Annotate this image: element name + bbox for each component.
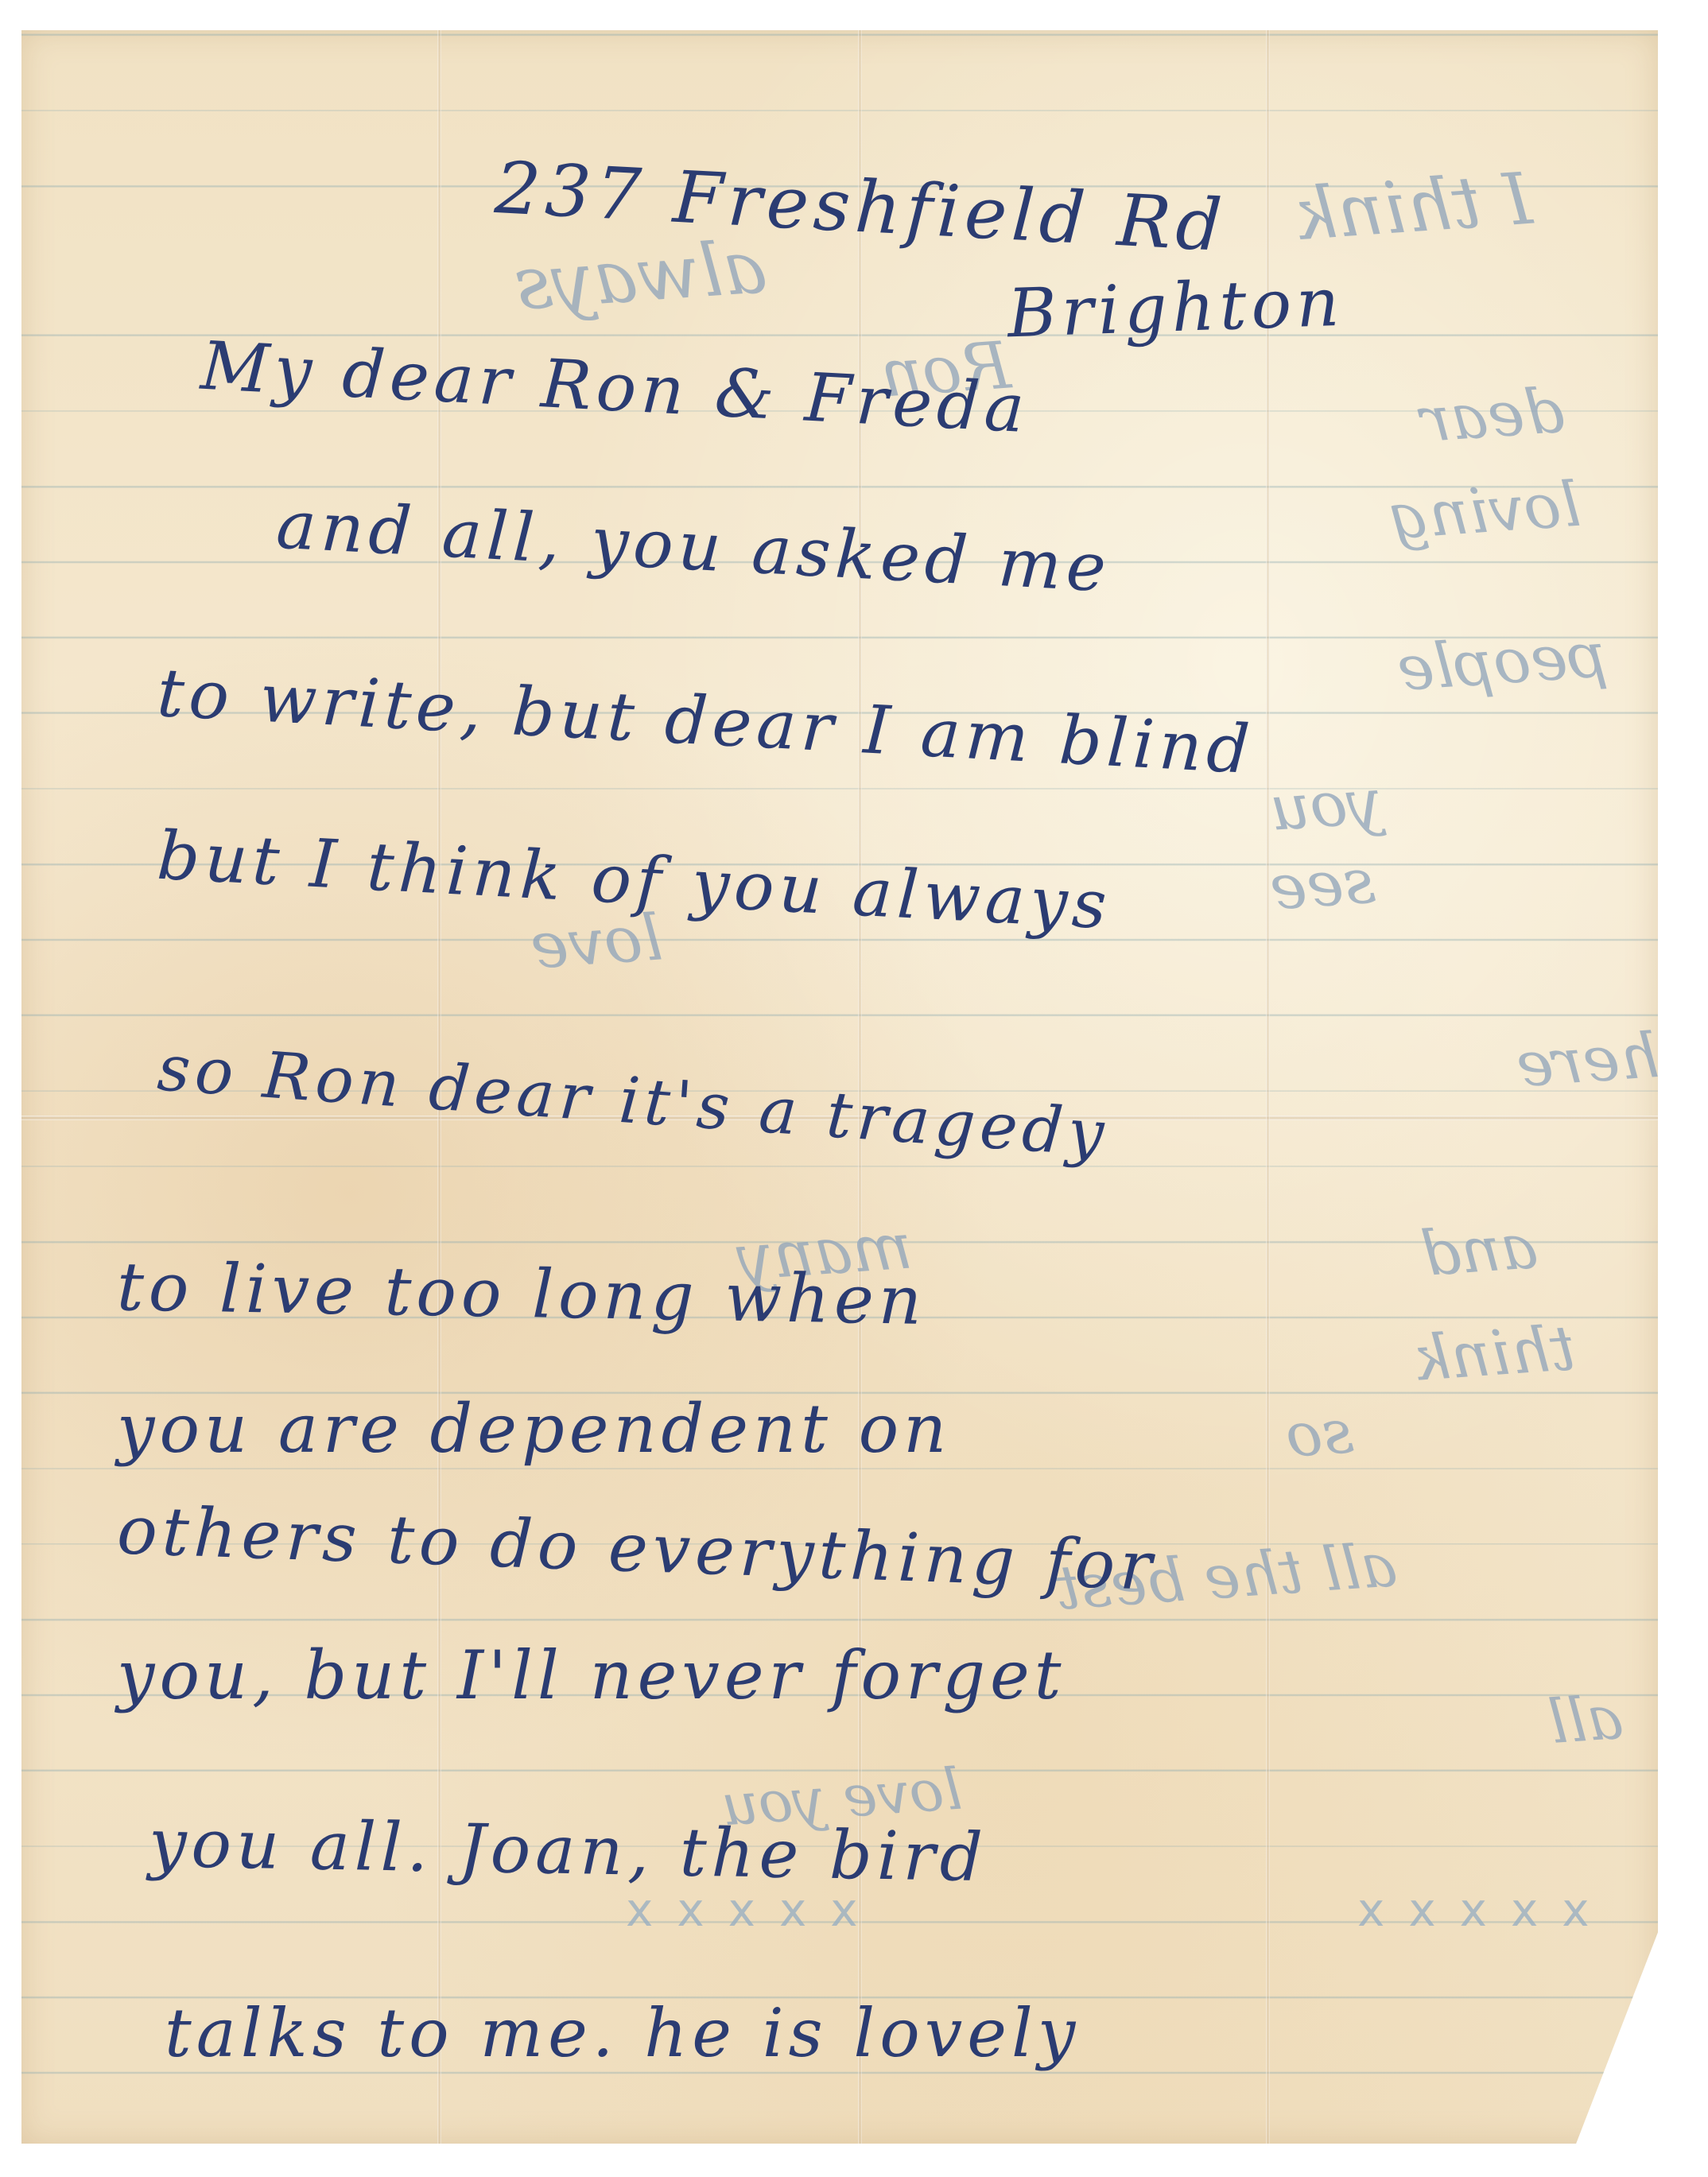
letter-line: you are dependent on [117, 1390, 951, 1468]
bleed-through-text: all [1546, 1682, 1625, 1757]
bleed-through-text: I think [1291, 157, 1535, 258]
letter-line: to live too long when [116, 1248, 927, 1340]
address-line-2: Brighton [1006, 263, 1345, 353]
bleed-through-text: people [1395, 619, 1609, 705]
kisses-marks: xxxxx [1357, 1883, 1613, 1937]
bleed-through-text: dear [1419, 375, 1566, 456]
bleed-through-text: you [1267, 766, 1384, 845]
bleed-through-text: loving [1387, 469, 1583, 554]
letter-line: you all. Joan, the bird [148, 1804, 988, 1896]
bleed-through-text: think [1411, 1313, 1578, 1395]
letter-line: talks to me. he is lovely [165, 1994, 1080, 2072]
bleed-through-text: so [1283, 1395, 1356, 1471]
letter-paper: always Ron I think dear loving people yo… [21, 30, 1658, 2144]
bleed-through-text: see [1267, 845, 1377, 924]
bleed-through-text: there [1514, 1019, 1687, 1102]
letter-line: you, but I'll never forget [117, 1636, 1066, 1714]
bleed-through-text: and [1419, 1211, 1540, 1290]
vertical-fold-crease [1266, 30, 1270, 2144]
